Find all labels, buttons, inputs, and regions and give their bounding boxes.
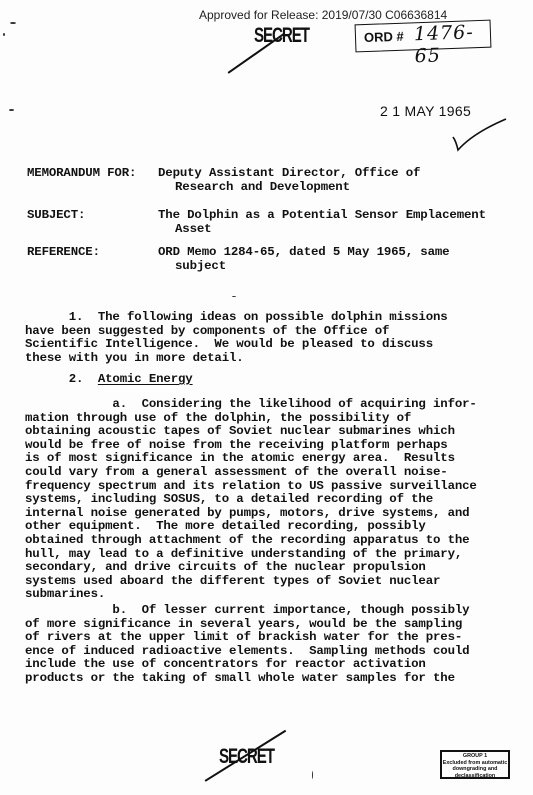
ord-stamp: ORD # 1476-65 xyxy=(355,20,492,53)
paragraph-2b: b. Of lesser current importance, though … xyxy=(25,604,525,686)
section-heading-atomic-energy: Atomic Energy xyxy=(98,372,193,386)
subject-value: The Dolphin as a Potential Sensor Emplac… xyxy=(158,209,533,236)
scan-speck xyxy=(9,109,14,111)
checkmark-icon xyxy=(448,115,508,155)
paragraph-1: 1. The following ideas on possible dolph… xyxy=(25,311,525,365)
scan-speck xyxy=(3,33,5,36)
scan-speck xyxy=(312,771,313,779)
release-line: Approved for Release: 2019/07/30 C066368… xyxy=(199,8,447,22)
ord-number-handwritten: 1476-65 xyxy=(414,21,491,68)
reference-label: REFERENCE: xyxy=(27,246,157,260)
paragraph-2-heading: 2. Atomic Energy xyxy=(25,373,525,387)
scan-speck xyxy=(10,22,16,24)
memorandum-for-value: Deputy Assistant Director, Office of Res… xyxy=(158,167,533,194)
ord-label: ORD # xyxy=(364,29,404,45)
memorandum-for-label: MEMORANDUM FOR: xyxy=(27,167,157,181)
document-page: Approved for Release: 2019/07/30 C066368… xyxy=(0,0,533,795)
scan-speck xyxy=(232,296,236,297)
reference-value: ORD Memo 1284-65, dated 5 May 1965, same… xyxy=(158,246,533,273)
subject-label: SUBJECT: xyxy=(27,209,157,223)
group-1-stamp: GROUP 1 Excluded from automatic downgrad… xyxy=(440,750,510,779)
paragraph-2a: a. Considering the likelihood of acquiri… xyxy=(25,398,525,602)
